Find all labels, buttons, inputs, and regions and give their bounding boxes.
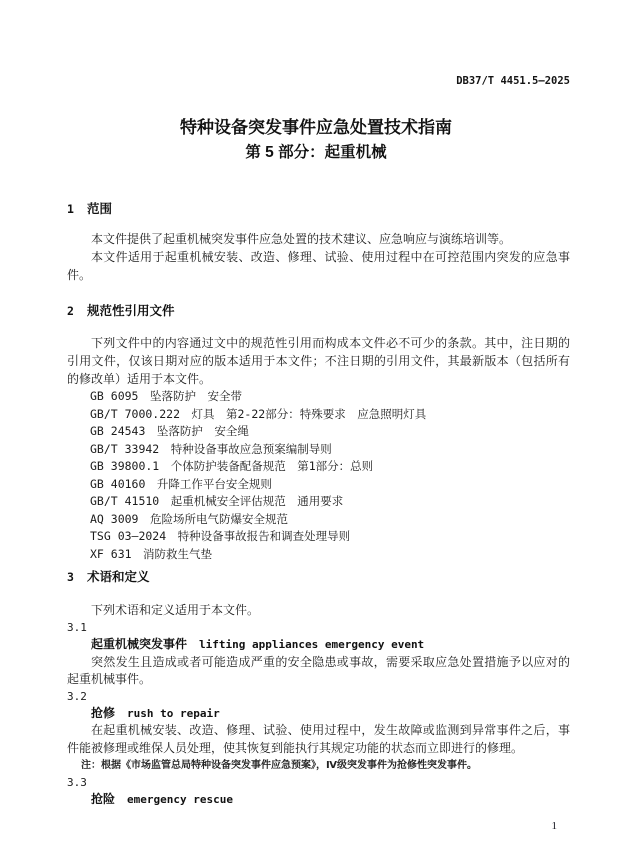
document-content: 1范围 本文件提供了起重机械突发事件应急处置的技术建议、应急响应与演练培训等。 … xyxy=(67,200,570,808)
reference-item: GB 6095 坠落防护 安全带 xyxy=(67,388,570,406)
reference-item: GB/T 41510 起重机械安全评估规范 通用要求 xyxy=(67,493,570,511)
term-item: 3.3 抢险emergency rescue xyxy=(67,774,570,808)
term-definition: 在起重机械安装、改造、修理、试验、使用过程中，发生故障或监测到异常事件之后，事件… xyxy=(67,722,570,756)
term-name-en: emergency rescue xyxy=(127,793,233,806)
term-number: 3.1 xyxy=(67,619,570,636)
term-name-line: 抢修rush to repair xyxy=(67,705,570,722)
paragraph: 本文件适用于起重机械安装、改造、修理、试验、使用过程中在可控范围内突发的应急事件… xyxy=(67,248,570,284)
reference-item: GB/T 33942 特种设备事故应急预案编制导则 xyxy=(67,441,570,459)
term-number: 3.2 xyxy=(67,688,570,705)
section-number: 1 xyxy=(67,200,74,218)
term-name-en: rush to repair xyxy=(127,707,220,720)
document-page: DB37/T 4451.5—2025 特种设备突发事件应急处置技术指南 第 5 … xyxy=(0,0,632,852)
reference-item: TSG 03—2024 特种设备事故报告和调查处理导则 xyxy=(67,528,570,546)
reference-item: GB/T 7000.222 灯具 第2-22部分：特殊要求 应急照明灯具 xyxy=(67,406,570,424)
doc-title-line2: 第 5 部分：起重机械 xyxy=(0,140,632,165)
terms-block: 下列术语和定义适用于本文件。 3.1 起重机械突发事件lifting appli… xyxy=(67,602,570,808)
paragraph: 本文件提供了起重机械突发事件应急处置的技术建议、应急响应与演练培训等。 xyxy=(67,230,570,248)
term-item: 3.1 起重机械突发事件lifting appliances emergency… xyxy=(67,619,570,688)
section-title: 范围 xyxy=(87,202,112,216)
section-heading-scope: 1范围 xyxy=(67,200,570,218)
term-name-zh: 起重机械突发事件 xyxy=(91,637,187,651)
term-number: 3.3 xyxy=(67,774,570,791)
section-title: 规范性引用文件 xyxy=(87,304,175,318)
reference-item: AQ 3009 危险场所电气防爆安全规范 xyxy=(67,511,570,529)
section-number: 2 xyxy=(67,302,74,320)
references-list: GB 6095 坠落防护 安全带 GB/T 7000.222 灯具 第2-22部… xyxy=(67,388,570,563)
term-name-zh: 抢修 xyxy=(91,706,115,720)
term-note: 注：根据《市场监管总局特种设备突发事件应急预案》，Ⅳ级突发事件为抢修性突发事件。 xyxy=(67,757,570,774)
references-intro: 下列文件中的内容通过文中的规范性引用而构成本文件必不可少的条款。其中，注日期的引… xyxy=(67,334,570,388)
scope-paragraphs: 本文件提供了起重机械突发事件应急处置的技术建议、应急响应与演练培训等。 本文件适… xyxy=(67,230,570,284)
section-heading-terms: 3术语和定义 xyxy=(67,568,570,586)
term-name-line: 起重机械突发事件lifting appliances emergency eve… xyxy=(67,636,570,653)
term-item: 3.2 抢修rush to repair 在起重机械安装、改造、修理、试验、使用… xyxy=(67,688,570,774)
page-number: 1 xyxy=(552,820,558,832)
section-title: 术语和定义 xyxy=(87,570,150,584)
section-heading-normative-references: 2规范性引用文件 xyxy=(67,302,570,320)
reference-item: GB 24543 坠落防护 安全绳 xyxy=(67,423,570,441)
terms-intro: 下列术语和定义适用于本文件。 xyxy=(67,602,570,619)
section-number: 3 xyxy=(67,568,74,586)
reference-item: XF 631 消防救生气垫 xyxy=(67,546,570,564)
reference-item: GB 40160 升降工作平台安全规则 xyxy=(67,476,570,494)
doc-title-line1: 特种设备突发事件应急处置技术指南 xyxy=(0,115,632,140)
term-name-line: 抢险emergency rescue xyxy=(67,791,570,808)
term-name-zh: 抢险 xyxy=(91,792,115,806)
reference-item: GB 39800.1 个体防护装备配备规范 第1部分：总则 xyxy=(67,458,570,476)
term-name-en: lifting appliances emergency event xyxy=(199,638,424,651)
term-definition: 突然发生且造成或者可能造成严重的安全隐患或事故，需要采取应急处置措施予以应对的起… xyxy=(67,654,570,688)
doc-code: DB37/T 4451.5—2025 xyxy=(456,75,570,87)
